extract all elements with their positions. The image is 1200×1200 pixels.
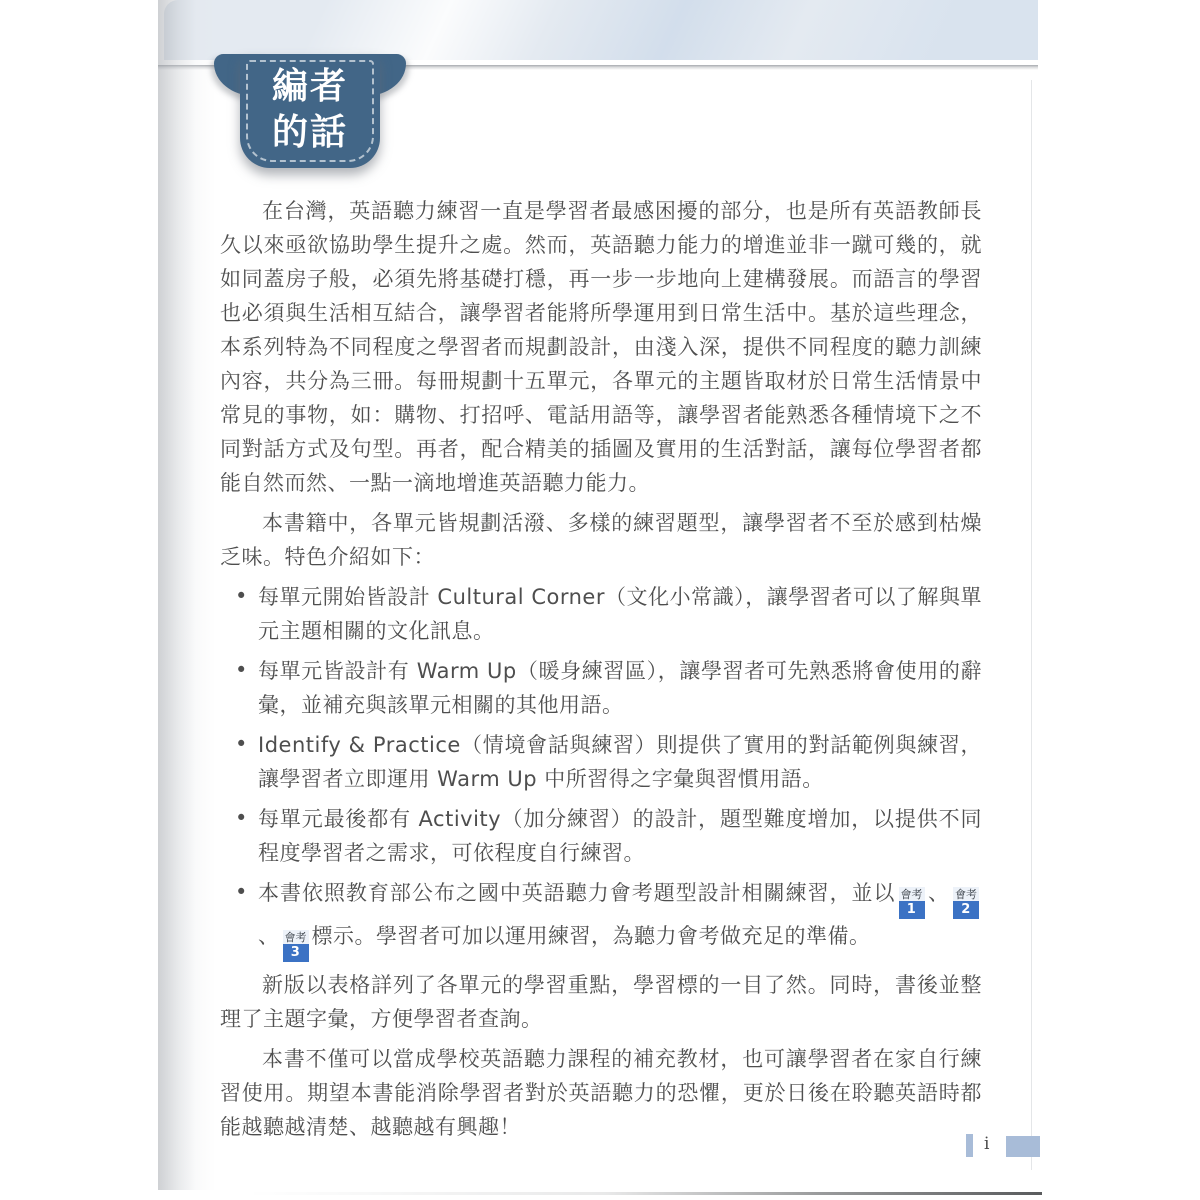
exam-badge-label: 會考 xyxy=(899,887,925,901)
feature-bullet-list: • 每單元開始皆設計 Cultural Corner（文化小常識），讓學習者可以… xyxy=(220,580,982,962)
list-item: • 每單元開始皆設計 Cultural Corner（文化小常識），讓學習者可以… xyxy=(220,580,982,648)
exam-badge-number: 2 xyxy=(953,901,979,919)
bullet-text: 每單元最後都有 Activity（加分練習）的設計，題型難度增加，以提供不同程度… xyxy=(258,807,982,865)
exam-badge-3: 會考3 xyxy=(283,930,309,962)
intro-paragraph-1: 在台灣，英語聽力練習一直是學習者最感困擾的部分，也是所有英語教師長久以來亟欲協助… xyxy=(220,194,982,500)
bullet-dot-icon: • xyxy=(235,579,248,613)
scanned-book-page: 編者 的話 在台灣，英語聽力練習一直是學習者最感困擾的部分，也是所有英語教師長久… xyxy=(158,0,1038,1200)
exam-badge-number: 3 xyxy=(283,944,309,962)
editor-note-content: 在台灣，英語聽力練習一直是學習者最感困擾的部分，也是所有英語教師長久以來亟欲協助… xyxy=(220,194,982,1150)
ribbon-title: 編者 的話 xyxy=(214,64,406,156)
chapter-ribbon: 編者 的話 xyxy=(214,54,406,178)
list-item-exam: • 本書依照教育部公布之國中英語聽力會考題型設計相關練習，並以會考1、會考2、會… xyxy=(220,876,982,962)
exam-badge-label: 會考 xyxy=(953,887,979,901)
list-item: • 每單元皆設計有 Warm Up（暖身練習區），讓學習者可先熟悉將會使用的辭彙… xyxy=(220,654,982,722)
exam-badge-1: 會考1 xyxy=(899,887,925,919)
closing-paragraph-2: 本書不僅可以當成學校英語聽力課程的補充教材，也可讓學習者在家自行練習使用。期望本… xyxy=(220,1042,982,1144)
closing-paragraph-1: 新版以表格詳列了各單元的學習重點，學習標的一目了然。同時，書後並整理了主題字彙，… xyxy=(220,968,982,1036)
scan-right-edge-line xyxy=(1031,80,1032,1170)
exam-bullet-before: 本書依照教育部公布之國中英語聽力會考題型設計相關練習，並以 xyxy=(258,881,896,905)
page-number: i xyxy=(984,1134,989,1154)
bullet-text: 每單元開始皆設計 Cultural Corner（文化小常識），讓學習者可以了解… xyxy=(258,585,982,643)
bullet-dot-icon: • xyxy=(235,727,248,761)
list-item: • 每單元最後都有 Activity（加分練習）的設計，題型難度增加，以提供不同… xyxy=(220,802,982,870)
exam-badge-label: 會考 xyxy=(283,930,309,944)
ribbon-title-line1: 編者 xyxy=(214,64,406,110)
ribbon-title-line2: 的話 xyxy=(214,110,406,156)
bullet-dot-icon: • xyxy=(235,653,248,687)
page-footer: i xyxy=(158,1131,1038,1161)
intro-paragraph-2: 本書籍中，各單元皆規劃活潑、多樣的練習題型，讓學習者不至於感到枯燥乏味。特色介紹… xyxy=(220,506,982,574)
enum-comma: 、 xyxy=(258,924,280,948)
bullet-dot-icon: • xyxy=(235,875,248,909)
enum-comma: 、 xyxy=(928,881,950,905)
footer-accent-bar xyxy=(966,1134,973,1157)
page-spine-shadow xyxy=(158,0,216,1190)
footer-accent-rect xyxy=(1006,1136,1040,1157)
scan-bottom-edge-line xyxy=(248,1192,1042,1195)
list-item: • Identify & Practice（情境會話與練習）則提供了實用的對話範… xyxy=(220,728,982,796)
exam-bullet-after: 標示。學習者可加以運用練習，為聽力會考做充足的準備。 xyxy=(312,924,871,948)
bullet-text: Identify & Practice（情境會話與練習）則提供了實用的對話範例與… xyxy=(258,733,982,791)
bullet-text: 每單元皆設計有 Warm Up（暖身練習區），讓學習者可先熟悉將會使用的辭彙，並… xyxy=(258,659,982,717)
exam-badge-2: 會考2 xyxy=(953,887,979,919)
header-band xyxy=(164,0,1038,60)
bullet-dot-icon: • xyxy=(235,801,248,835)
bullet-text: 本書依照教育部公布之國中英語聽力會考題型設計相關練習，並以會考1、會考2、會考3… xyxy=(258,881,982,948)
exam-badge-number: 1 xyxy=(899,901,925,919)
